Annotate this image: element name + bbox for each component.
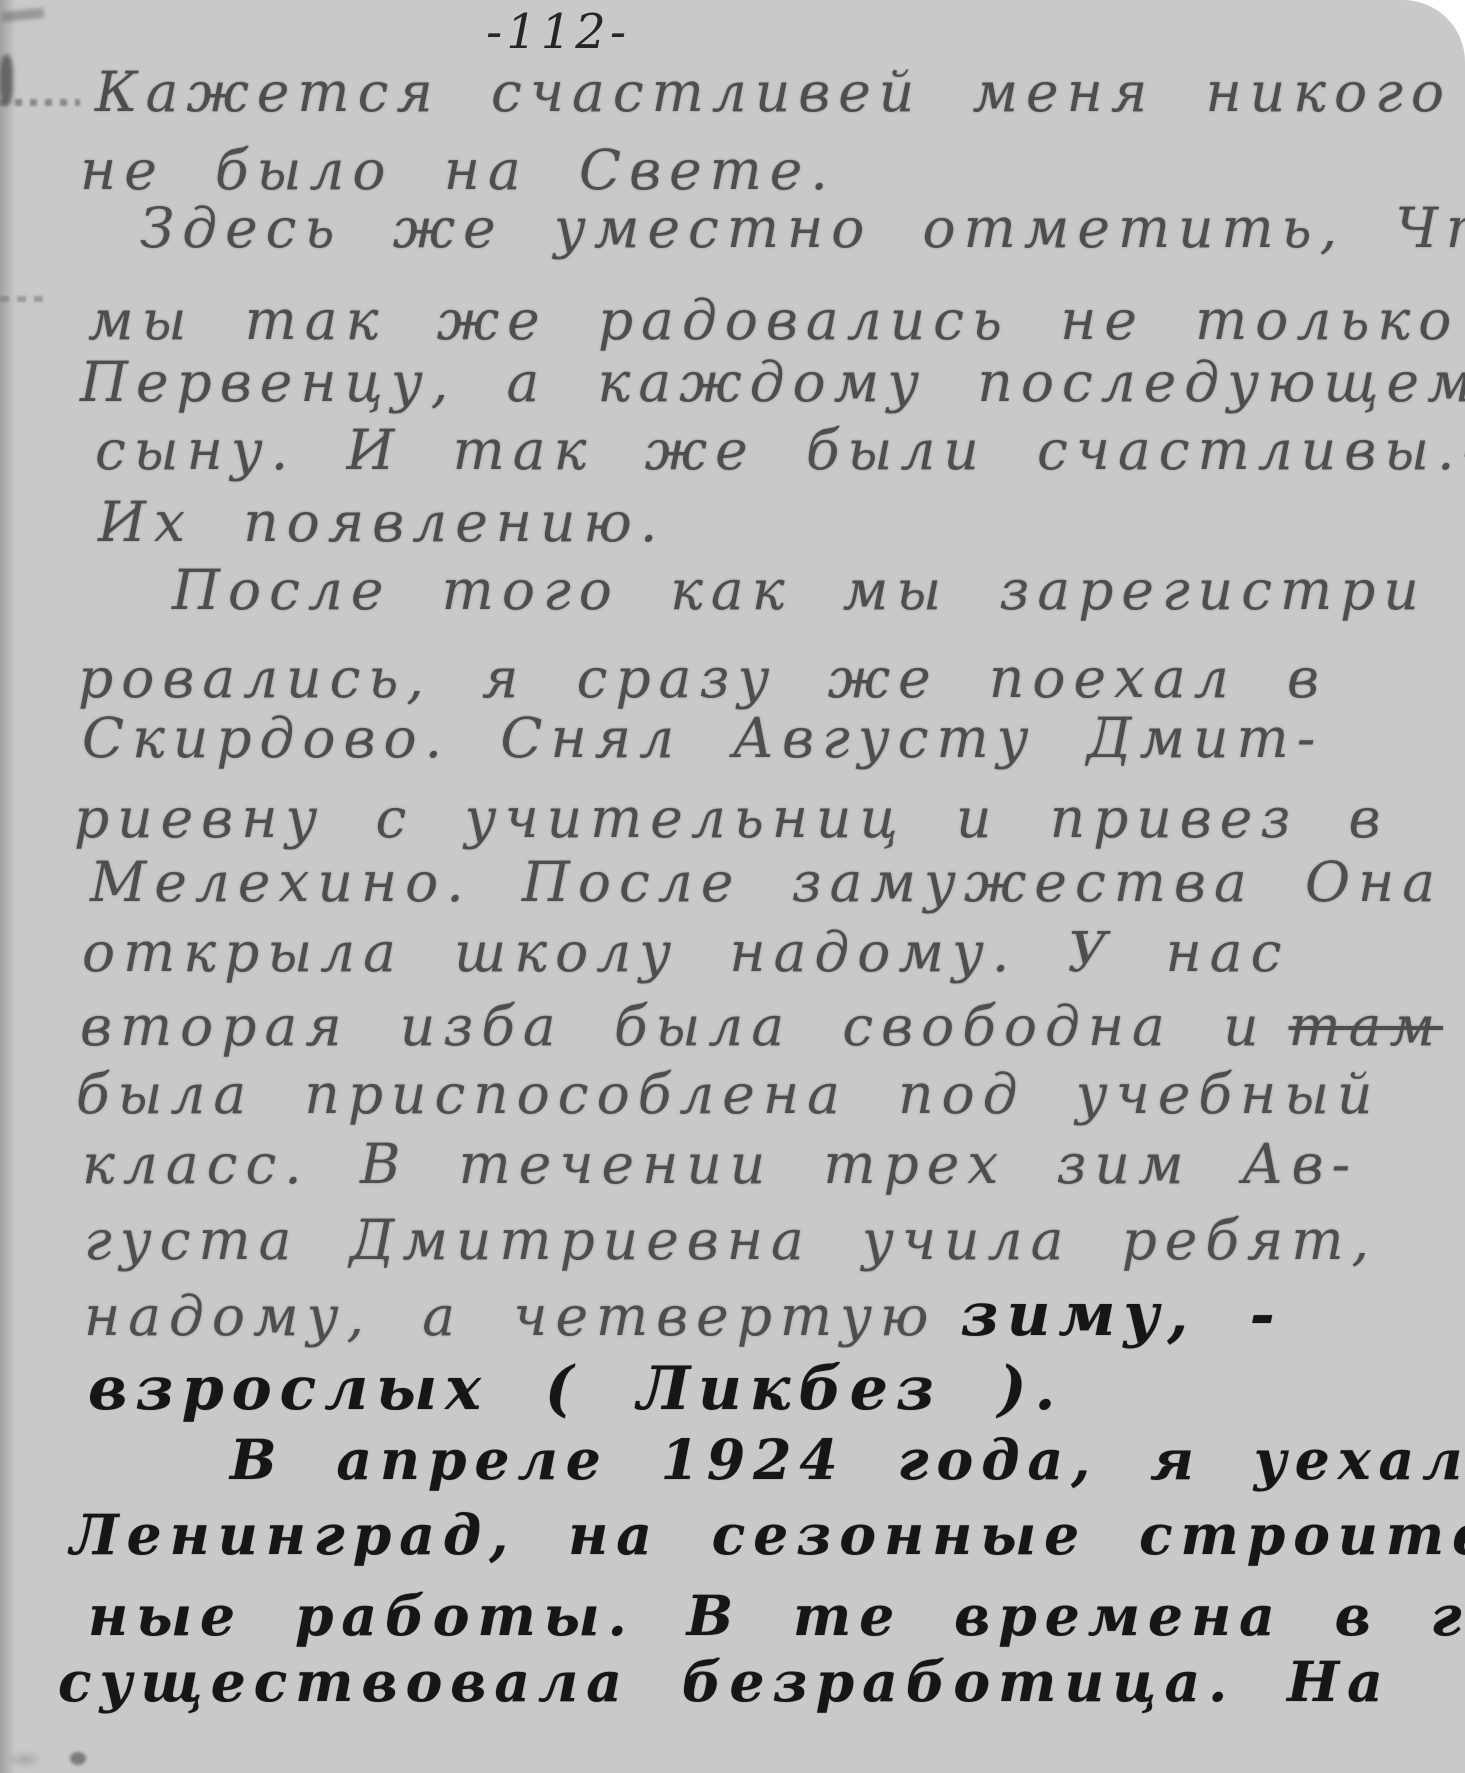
line-text: густа Дмитриевна учила ребят, bbox=[84, 1208, 1377, 1272]
manuscript-line: Скирдово. Снял Августу Дмит- bbox=[82, 708, 1323, 769]
line-text: класс. В течении трех зим Ав- bbox=[82, 1132, 1358, 1196]
manuscript-line: надому, а четвертуюзиму, - bbox=[84, 1282, 1283, 1348]
line-text: Их появлению. bbox=[98, 490, 665, 554]
manuscript-line: В апреле 1924 года, я уехал в bbox=[230, 1430, 1465, 1491]
left-edge-smudge bbox=[0, 55, 13, 105]
line-text: была приспособлена под учебный bbox=[76, 1062, 1380, 1126]
line-text: мы так же радовались не только bbox=[88, 288, 1459, 352]
manuscript-line: была приспособлена под учебный bbox=[76, 1064, 1380, 1125]
line-text: После того как мы зарегистри bbox=[172, 558, 1427, 622]
manuscript-line: густа Дмитриевна учила ребят, bbox=[84, 1210, 1377, 1271]
line-text: существовала безработица. На bbox=[58, 1649, 1391, 1714]
manuscript-line: существовала безработица. На bbox=[58, 1652, 1391, 1713]
left-edge-shading bbox=[0, 0, 16, 1773]
dark-ink-word: зиму, - bbox=[960, 1280, 1282, 1350]
line-text: Ленинград, на сезонные строитель- bbox=[70, 1502, 1465, 1567]
line-text: Здесь же уместно отметить, Что bbox=[140, 196, 1465, 260]
manuscript-line: класс. В течении трех зим Ав- bbox=[82, 1134, 1358, 1195]
line-text: В апреле 1924 года, я уехал в bbox=[230, 1427, 1465, 1492]
line-text: взрослых ( Ликбез ). bbox=[88, 1354, 1063, 1424]
manuscript-line: риевну с учительниц и привез в bbox=[74, 788, 1389, 849]
manuscript-page: -112- Кажется счастливей меня никого не … bbox=[0, 0, 1465, 1773]
line-text: Первенцу, а каждому последующему bbox=[80, 350, 1465, 414]
line-text: вторая изба была свободна и bbox=[80, 994, 1267, 1058]
bottom-left-speck bbox=[70, 1752, 86, 1765]
manuscript-line: взрослых ( Ликбез ). bbox=[88, 1356, 1063, 1422]
manuscript-line: Ленинград, на сезонные строитель- bbox=[70, 1505, 1465, 1566]
manuscript-line: сыну. И так же были счастливы.- bbox=[95, 420, 1465, 481]
struck-word: там bbox=[1289, 994, 1444, 1058]
line-text: Мелехино. После замужества Она bbox=[90, 850, 1443, 914]
manuscript-line: Их появлению. bbox=[98, 492, 665, 553]
line-text: открыла школу надому. У нас bbox=[82, 920, 1289, 984]
line-text: риевну с учительниц и привез в bbox=[74, 786, 1389, 850]
manuscript-line: После того как мы зарегистри bbox=[172, 560, 1427, 621]
line-text: не было на Свете. bbox=[80, 138, 836, 202]
left-dotted-smudge bbox=[0, 99, 80, 106]
manuscript-line: мы так же радовались не только bbox=[88, 290, 1459, 351]
manuscript-line: вторая изба была свободна итам bbox=[80, 996, 1443, 1057]
line-text: сыну. И так же были счастливы.- bbox=[95, 418, 1465, 482]
line-text: Кажется счастливей меня никого bbox=[95, 60, 1452, 124]
manuscript-line: Мелехино. После замужества Она bbox=[90, 852, 1443, 913]
line-text: ные работы. В те времена в городах bbox=[88, 1583, 1465, 1648]
line-text: надому, а четвертую bbox=[84, 1284, 936, 1348]
left-dash-smudge bbox=[0, 296, 46, 302]
page-number: -112- bbox=[486, 4, 630, 60]
line-text: Скирдово. Снял Августу Дмит- bbox=[82, 706, 1323, 770]
line-text: ровались, я сразу же поехал в bbox=[78, 646, 1327, 710]
manuscript-line: Первенцу, а каждому последующему bbox=[80, 352, 1465, 413]
manuscript-line: ные работы. В те времена в городах bbox=[88, 1586, 1465, 1647]
manuscript-line: открыла школу надому. У нас bbox=[82, 922, 1289, 983]
manuscript-line: Кажется счастливей меня никого bbox=[95, 62, 1452, 123]
manuscript-line: ровались, я сразу же поехал в bbox=[78, 648, 1327, 709]
manuscript-line: не было на Свете. bbox=[80, 140, 836, 201]
manuscript-line: Здесь же уместно отметить, Что bbox=[140, 198, 1465, 259]
